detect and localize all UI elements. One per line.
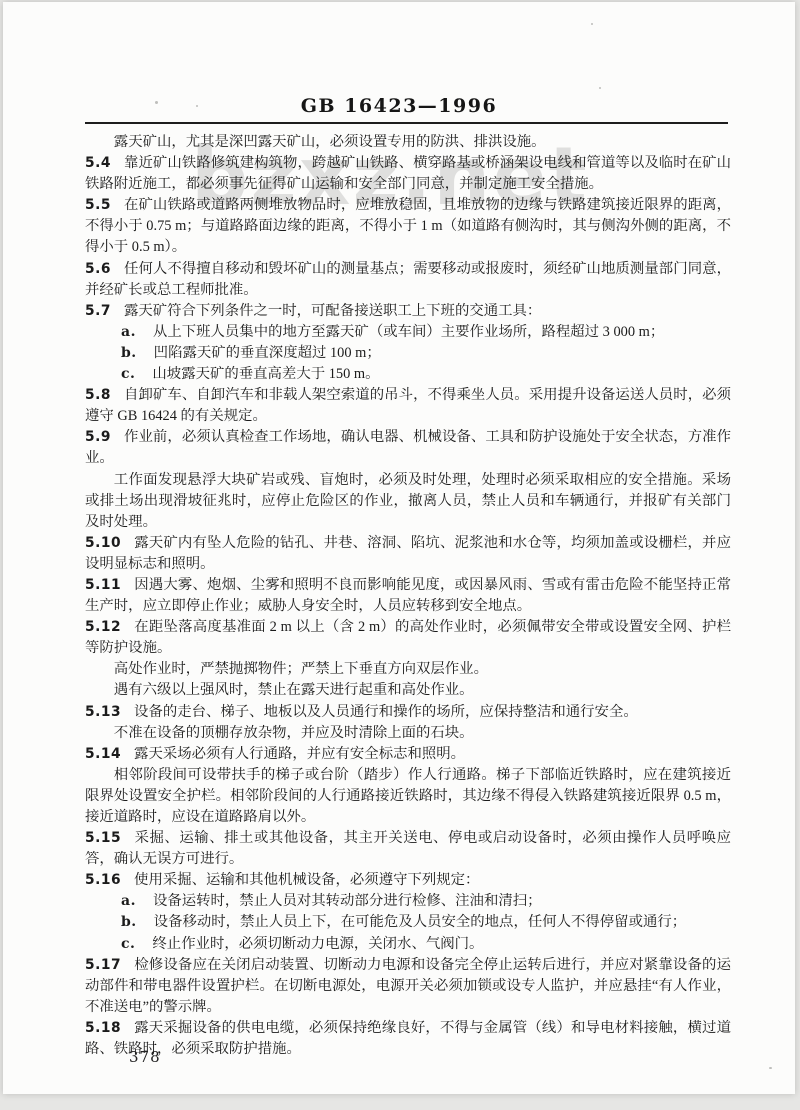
- section-number: 5.6: [85, 261, 111, 277]
- scan-speck: [769, 1067, 772, 1069]
- paragraph-text: 从上下班人员集中的地方至露天矿（或车间）主要作业场所，路程超过 3 000 m；: [153, 324, 664, 340]
- section-number: 5.11: [85, 577, 121, 593]
- section-paragraph: 5.6任何人不得擅自移动和毁坏矿山的测量基点；需要移动或报废时，须经矿山地质测量…: [85, 259, 731, 301]
- paragraph-text: 设备移动时，禁止人员上下，在可能危及人员安全的地点，任何人不得停留或通行；: [154, 914, 686, 930]
- list-item: b.设备移动时，禁止人员上下，在可能危及人员安全的地点，任何人不得停留或通行；: [85, 912, 731, 933]
- section-number: 5.17: [85, 957, 121, 973]
- list-item: b.凹陷露天矿的垂直深度超过 100 m；: [85, 343, 731, 364]
- list-item: c.终止作业时，必须切断动力电源，关闭水、气阀门。: [85, 934, 731, 955]
- section-paragraph: 5.7露天矿符合下列条件之一时，可配备接送职工上下班的交通工具：: [85, 301, 731, 322]
- section-paragraph: 5.16使用采掘、运输和其他机械设备，必须遵守下列规定：: [85, 870, 731, 891]
- scan-speck: [591, 23, 593, 25]
- paragraph-text: 采掘、运输、排土或其他设备，其主开关送电、停电或启动设备时，必须由操作人员呼唤应…: [85, 830, 731, 867]
- section-number: 5.8: [85, 387, 111, 403]
- paragraph: 相邻阶段间可设带扶手的梯子或台阶（踏步）作人行通路。梯子下部临近铁路时，应在建筑…: [85, 765, 731, 828]
- paragraph-text: 遇有六级以上强风时，禁止在露天进行起重和高处作业。: [114, 682, 474, 698]
- section-number: 5.16: [85, 872, 121, 888]
- header-divider: [85, 122, 728, 124]
- paragraph-text: 设备的走台、梯子、地板以及人员通行和操作的场所，应保持整洁和通行安全。: [134, 704, 638, 720]
- scan-speck: [155, 101, 158, 104]
- section-paragraph: 5.9作业前，必须认真检查工作场地，确认电器、机械设备、工具和防护设施处于安全状…: [85, 427, 731, 469]
- paragraph-text: 自卸矿车、自卸汽车和非载人架空索道的吊斗，不得乘坐人员。采用提升设备运送人员时，…: [85, 387, 731, 424]
- paragraph-text: 设备运转时，禁止人员对其转动部分进行检修、注油和清扫；: [153, 893, 542, 909]
- section-number: 5.10: [85, 535, 121, 551]
- paragraph-text: 检修设备应在关闭启动装置、切断动力电源和设备完全停止运转后进行，并应对紧靠设备的…: [85, 957, 731, 1015]
- document-body: 露天矿山，尤其是深凹露天矿山，必须设置专用的防洪、排洪设施。5.4靠近矿山铁路修…: [85, 132, 731, 1060]
- paragraph: 露天矿山，尤其是深凹露天矿山，必须设置专用的防洪、排洪设施。: [85, 132, 731, 153]
- paragraph-text: 高处作业时，严禁抛掷物件；严禁上下垂直方向双层作业。: [114, 661, 488, 677]
- section-paragraph: 5.8自卸矿车、自卸汽车和非载人架空索道的吊斗，不得乘坐人员。采用提升设备运送人…: [85, 385, 731, 427]
- section-paragraph: 5.5在矿山铁路或道路两侧堆放物品时，应堆放稳固，且堆放物的边缘与铁路建筑接近限…: [85, 195, 731, 258]
- paragraph-text: 作业前，必须认真检查工作场地，确认电器、机械设备、工具和防护设施处于安全状态，方…: [85, 429, 731, 466]
- section-number: 5.14: [85, 746, 121, 762]
- paragraph-text: 靠近矿山铁路修筑建构筑物，跨越矿山铁路、横穿路基或桥涵架设电线和管道等以及临时在…: [85, 155, 731, 192]
- section-number: 5.7: [85, 303, 111, 319]
- paragraph-text: 露天矿内有坠人危险的钻孔、井巷、溶洞、陷坑、泥浆池和水仓等，均须加盖或设栅栏，并…: [85, 535, 731, 572]
- section-paragraph: 5.13设备的走台、梯子、地板以及人员通行和操作的场所，应保持整洁和通行安全。: [85, 702, 731, 723]
- item-letter: b.: [121, 345, 137, 361]
- paragraph-text: 山坡露天矿的垂直高差大于 150 m。: [152, 366, 379, 382]
- section-paragraph: 5.11因遇大雾、炮烟、尘雾和照明不良而影响能见度，或因暴风雨、雪或有雷击危险不…: [85, 575, 731, 617]
- paragraph-text: 因遇大雾、炮烟、尘雾和照明不良而影响能见度，或因暴风雨、雪或有雷击危险不能坚持正…: [85, 577, 731, 614]
- paragraph-text: 相邻阶段间可设带扶手的梯子或台阶（踏步）作人行通路。梯子下部临近铁路时，应在建筑…: [85, 767, 731, 825]
- paragraph-text: 使用采掘、运输和其他机械设备，必须遵守下列规定：: [134, 872, 479, 888]
- section-paragraph: 5.15采掘、运输、排土或其他设备，其主开关送电、停电或启动设备时，必须由操作人…: [85, 828, 731, 870]
- paragraph-text: 在距坠落高度基准面 2 m 以上（含 2 m）的高处作业时，必须佩带安全带或设置…: [85, 619, 731, 656]
- section-paragraph: 5.18露天采掘设备的供电电缆，必须保持绝缘良好，不得与金属管（线）和导电材料接…: [85, 1018, 731, 1060]
- paragraph-text: 凹陷露天矿的垂直深度超过 100 m；: [154, 345, 381, 361]
- paragraph: 遇有六级以上强风时，禁止在露天进行起重和高处作业。: [85, 680, 731, 701]
- section-number: 5.15: [85, 830, 121, 846]
- section-paragraph: 5.12在距坠落高度基准面 2 m 以上（含 2 m）的高处作业时，必须佩带安全…: [85, 617, 731, 659]
- section-paragraph: 5.10露天矿内有坠人危险的钻孔、井巷、溶洞、陷坑、泥浆池和水仓等，均须加盖或设…: [85, 533, 731, 575]
- list-item: a.从上下班人员集中的地方至露天矿（或车间）主要作业场所，路程超过 3 000 …: [85, 322, 731, 343]
- item-letter: c.: [121, 936, 135, 952]
- item-letter: b.: [121, 914, 137, 930]
- scanned-document-page: bzxz.net GB 16423—1996 露天矿山，尤其是深凹露天矿山，必须…: [3, 2, 795, 1094]
- paragraph-text: 工作面发现悬浮大块矿岩或残、盲炮时，必须及时处理，处理时必须采取相应的安全措施。…: [85, 472, 731, 530]
- paragraph-text: 终止作业时，必须切断动力电源，关闭水、气阀门。: [152, 936, 483, 952]
- section-number: 5.18: [85, 1020, 121, 1036]
- paragraph-text: 露天采掘设备的供电电缆，必须保持绝缘良好，不得与金属管（线）和导电材料接触，横过…: [85, 1020, 731, 1057]
- paragraph-text: 在矿山铁路或道路两侧堆放物品时，应堆放稳固，且堆放物的边缘与铁路建筑接近限界的距…: [85, 197, 731, 255]
- scan-speck: [599, 87, 601, 89]
- list-item: a.设备运转时，禁止人员对其转动部分进行检修、注油和清扫；: [85, 891, 731, 912]
- section-number: 5.13: [85, 704, 121, 720]
- paragraph-text: 露天矿山，尤其是深凹露天矿山，必须设置专用的防洪、排洪设施。: [114, 134, 546, 150]
- paragraph: 工作面发现悬浮大块矿岩或残、盲炮时，必须及时处理，处理时必须采取相应的安全措施。…: [85, 470, 731, 533]
- page-number: 378: [129, 1048, 161, 1066]
- section-number: 5.5: [85, 197, 111, 213]
- item-letter: a.: [121, 324, 136, 340]
- item-letter: a.: [121, 893, 136, 909]
- paragraph: 高处作业时，严禁抛掷物件；严禁上下垂直方向双层作业。: [85, 659, 731, 680]
- section-number: 5.9: [85, 429, 111, 445]
- paragraph: 不准在设备的顶棚存放杂物，并应及时清除上面的石块。: [85, 723, 731, 744]
- list-item: c.山坡露天矿的垂直高差大于 150 m。: [85, 364, 731, 385]
- scan-speck: [196, 105, 198, 107]
- section-number: 5.12: [85, 619, 121, 635]
- paragraph-text: 不准在设备的顶棚存放杂物，并应及时清除上面的石块。: [114, 725, 474, 741]
- paragraph-text: 露天采场必须有人行通路，并应有安全标志和照明。: [134, 746, 465, 762]
- item-letter: c.: [121, 366, 135, 382]
- scan-speck: [231, 1042, 233, 1045]
- section-number: 5.4: [85, 155, 111, 171]
- section-paragraph: 5.4靠近矿山铁路修筑建构筑物，跨越矿山铁路、横穿路基或桥涵架设电线和管道等以及…: [85, 153, 731, 195]
- paragraph-text: 任何人不得擅自移动和毁坏矿山的测量基点；需要移动或报废时，须经矿山地质测量部门同…: [85, 261, 731, 298]
- section-paragraph: 5.17检修设备应在关闭启动装置、切断动力电源和设备完全停止运转后进行，并应对紧…: [85, 955, 731, 1018]
- paragraph-text: 露天矿符合下列条件之一时，可配备接送职工上下班的交通工具：: [124, 303, 541, 319]
- standard-number-header: GB 16423—1996: [3, 95, 795, 117]
- section-paragraph: 5.14露天采场必须有人行通路，并应有安全标志和照明。: [85, 744, 731, 765]
